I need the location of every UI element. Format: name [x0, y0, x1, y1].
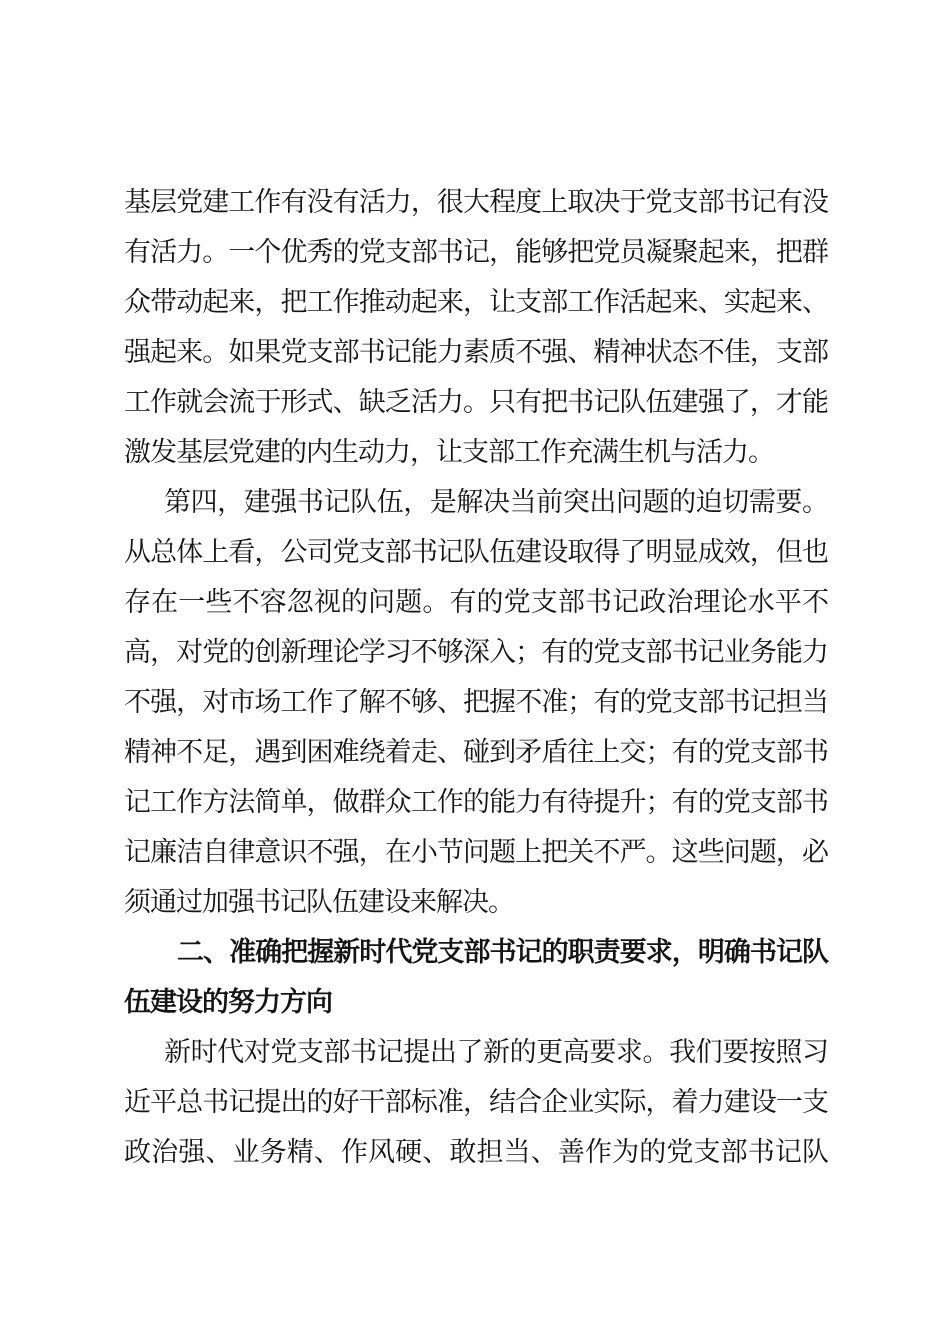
body-line: 须通过加强书记队伍建设来解决。 [124, 877, 828, 927]
document-text: 基层党建工作有没有活力，很大程度上取决于党支部书记有没 有活力。一个优秀的党支部… [124, 177, 828, 1177]
body-line: 高，对党的创新理论学习不够深入；有的党支部书记业务能力 [124, 627, 828, 677]
body-line: 第四，建强书记队伍，是解决当前突出问题的迫切需要。 [124, 477, 828, 527]
document-page: 基层党建工作有没有活力，很大程度上取决于党支部书记有没 有活力。一个优秀的党支部… [0, 0, 950, 1344]
section-heading-line: 二、准确把握新时代党支部书记的职责要求，明确书记队 [124, 927, 828, 977]
body-line: 工作就会流于形式、缺乏活力。只有把书记队伍建强了，才能 [124, 377, 828, 427]
body-line: 不强，对市场工作了解不够、把握不准；有的党支部书记担当 [124, 677, 828, 727]
section-heading-line: 伍建设的努力方向 [124, 977, 828, 1027]
body-line: 有活力。一个优秀的党支部书记，能够把党员凝聚起来，把群 [124, 227, 828, 277]
body-line: 政治强、业务精、作风硬、敢担当、善作为的党支部书记队 [124, 1127, 828, 1177]
body-line: 近平总书记提出的好干部标准，结合企业实际，着力建设一支 [124, 1077, 828, 1127]
body-line: 记廉洁自律意识不强，在小节问题上把关不严。这些问题，必 [124, 827, 828, 877]
body-line: 存在一些不容忽视的问题。有的党支部书记政治理论水平不 [124, 577, 828, 627]
body-line: 基层党建工作有没有活力，很大程度上取决于党支部书记有没 [124, 177, 828, 227]
body-line: 强起来。如果党支部书记能力素质不强、精神状态不佳，支部 [124, 327, 828, 377]
body-line: 众带动起来，把工作推动起来，让支部工作活起来、实起来、 [124, 277, 828, 327]
body-line: 新时代对党支部书记提出了新的更高要求。我们要按照习 [124, 1027, 828, 1077]
body-line: 激发基层党建的内生动力，让支部工作充满生机与活力。 [124, 427, 828, 477]
body-line: 从总体上看，公司党支部书记队伍建设取得了明显成效，但也 [124, 527, 828, 577]
body-line: 记工作方法简单，做群众工作的能力有待提升；有的党支部书 [124, 777, 828, 827]
body-line: 精神不足，遇到困难绕着走、碰到矛盾往上交；有的党支部书 [124, 727, 828, 777]
